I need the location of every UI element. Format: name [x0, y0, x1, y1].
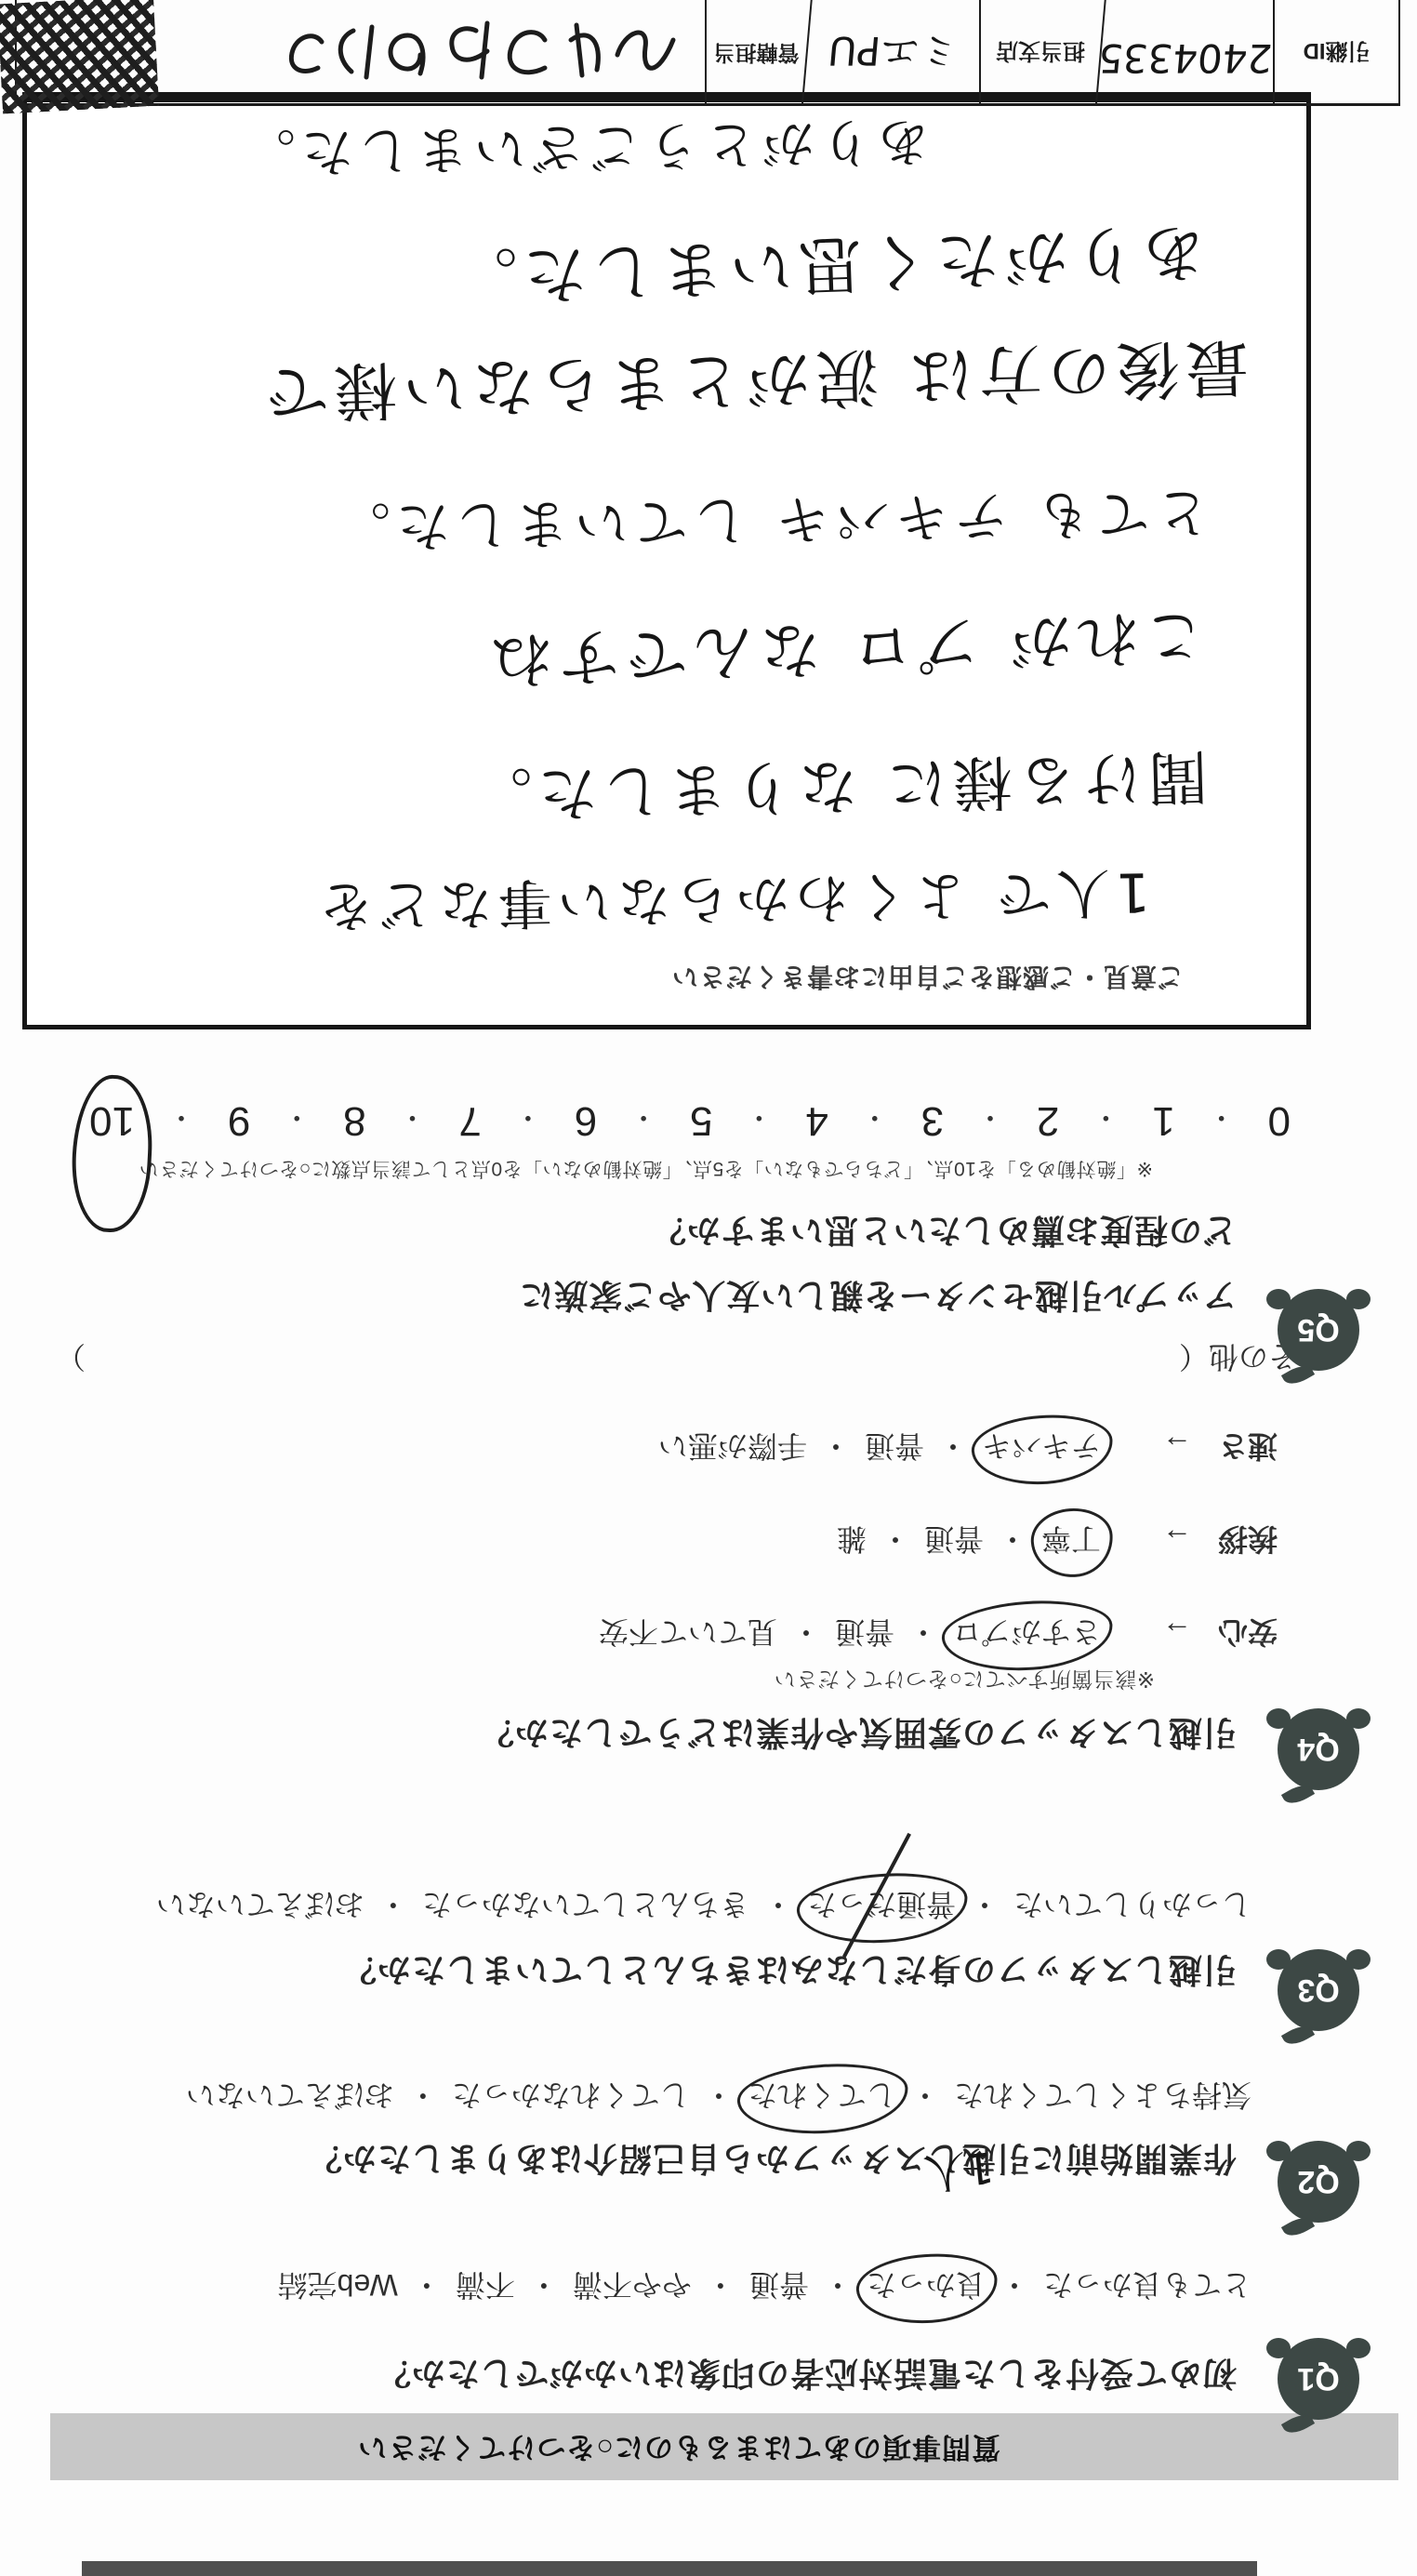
scale-number: 0: [1268, 1097, 1291, 1144]
scale-dot: ・: [167, 1099, 195, 1140]
q5-badge-label: Q5: [1297, 1312, 1339, 1348]
option: 不満: [456, 2265, 515, 2308]
option-separator: ・: [908, 1615, 938, 1649]
scale-dot: ・: [629, 1099, 657, 1140]
table-cell-handover-id-label: 引継ID: [1273, 0, 1400, 103]
option-circled: さすがプロ: [952, 1613, 1101, 1655]
option: 普通: [865, 1427, 924, 1469]
handwriting-line: ありがたく思いました。: [448, 211, 1208, 327]
q2-handwritten-annotation: 1人: [920, 2139, 997, 2208]
option: 雑: [837, 1520, 867, 1562]
option-separator: ・: [529, 2268, 559, 2302]
comment-box: ご意見・ご感想をご自由にお書きください 1人で よくわからない事などを 聞ける様…: [22, 92, 1311, 1029]
q5-question-line1: アップル引越センターを親しい友人やご家族に: [519, 1274, 1237, 1321]
q4-badge: Q4: [1278, 1708, 1359, 1790]
option: しっかりしていた: [1013, 1885, 1251, 1928]
handwriting-line: 1人で よくわからない事などを: [313, 857, 1151, 950]
scale-number: 8: [343, 1097, 365, 1144]
q4-question: 引越しスタッフの雰囲気や作業はどうでしたか？: [480, 1711, 1237, 1759]
q5-badge: Q5: [1278, 1289, 1359, 1371]
handwriting-line: 最後の方は 涙がとまらない様で: [258, 326, 1250, 443]
q3-badge: Q3: [1278, 1949, 1359, 2031]
q4-badge-label: Q4: [1297, 1732, 1339, 1768]
option-separator: ・: [763, 1888, 793, 1921]
handwriting-line: ありがとうございました。: [237, 108, 930, 194]
table-cell-branch-label: 担当支店: [979, 0, 1100, 103]
scale-dot: ・: [1208, 1099, 1236, 1140]
q3-question: 引越しスタッフの身だしなみはきちんとしていましたか？: [342, 1948, 1237, 1996]
option: 普通: [924, 1520, 984, 1562]
scale-number: 4: [805, 1097, 828, 1144]
row-arrow: →: [1162, 1429, 1192, 1463]
option: おぼえていない: [156, 1885, 364, 1928]
q4-other-close: ）: [56, 1337, 86, 1380]
pen-slash-mark: [842, 1833, 911, 1958]
option-separator: ・: [881, 1522, 910, 1556]
badge-leaf-icon: [1281, 1780, 1315, 1809]
row-label: 速さ: [1218, 1429, 1278, 1463]
option-separator: ・: [823, 2268, 853, 2302]
option: 見ていて不安: [599, 1613, 777, 1655]
q4-row-hayasa: 速さ→テキパキ・普通・手際が悪い: [658, 1427, 1278, 1469]
option: おぼえていない: [186, 2076, 394, 2118]
scale-number: 3: [921, 1097, 944, 1144]
scale-dot: ・: [514, 1099, 542, 1140]
row-arrow: →: [1162, 1522, 1192, 1556]
handwritten-name-strokes: [249, 7, 686, 96]
option: とても良かった: [1043, 2265, 1251, 2308]
handwriting-line: 聞ける様に なりました。: [467, 738, 1209, 843]
row-label: 安心: [1218, 1615, 1278, 1649]
q5-note: ※「絶対勧める」を10点、「どちらでもない」を5点、「絶対勧めない」を0点として…: [139, 1156, 1153, 1184]
q2-options: 気持ちよくしてくれた・してくれた・してくれなかった・おぼえていない: [186, 2076, 1251, 2118]
scale-number: 9: [228, 1097, 250, 1144]
option: 普通: [749, 2265, 809, 2308]
option-separator: ・: [706, 2268, 735, 2302]
option-separator: ・: [1000, 2268, 1029, 2302]
q3-options: しっかりしていた・普通だった・きちんとしていなかった・おぼえていない: [156, 1885, 1251, 1928]
handwritten-branch-value: ミエPU: [801, 0, 984, 103]
option-separator: ・: [821, 1429, 851, 1463]
badge-ear-icon: [1266, 1949, 1291, 1970]
option-circled: 普通だった: [807, 1885, 956, 1928]
option-separator: ・: [970, 1888, 1000, 1921]
q4-note: ※該当箇所すべてに○をつけてください: [774, 1666, 1155, 1696]
option: してくれなかった: [452, 2076, 690, 2118]
scan-edge-strip: [82, 2561, 1257, 2576]
badge-ear-icon: [1266, 2338, 1291, 2358]
option-separator: ・: [791, 1615, 821, 1649]
option: Web完結: [278, 2265, 398, 2308]
q1-badge-label: Q1: [1297, 2361, 1339, 2397]
badge-ear-icon: [1346, 1949, 1371, 1970]
q2-question: 作業開始前に引越しスタッフから自己紹介はありましたか？: [308, 2137, 1237, 2184]
option: 普通: [835, 1613, 894, 1655]
scale-dot: ・: [1092, 1099, 1119, 1140]
q5-question-line2: どの程度お薦めしたいと思いますか？: [652, 1209, 1237, 1256]
ink-scribble-blackout: [0, 0, 159, 113]
scale-number: 7: [458, 1097, 481, 1144]
badge-ear-icon: [1266, 2141, 1291, 2161]
badge-ear-icon: [1266, 1289, 1291, 1309]
q1-question: 初めて受付をした電話対応者の印象はいかがでしたか？: [377, 2352, 1237, 2399]
scale-number: 2: [1037, 1097, 1059, 1144]
option-separator: ・: [910, 2078, 940, 2112]
badge-ear-icon: [1346, 1708, 1371, 1729]
handwriting-line: これが プロ なんですね: [485, 597, 1208, 710]
option-separator: ・: [378, 1888, 408, 1921]
badge-ear-icon: [1346, 1289, 1371, 1309]
badge-ear-icon: [1346, 2141, 1371, 2161]
badge-leaf-icon: [1281, 2212, 1315, 2241]
option: やや不満: [573, 2265, 692, 2308]
q4-row-aisatsu: 挨拶→丁寧・普通・雑: [837, 1520, 1278, 1562]
instructions-bar: 質問事項のあてはまるものに○をつけてください: [50, 2413, 1398, 2480]
q2-badge-label: Q2: [1297, 2164, 1339, 2200]
q3-badge-label: Q3: [1297, 1972, 1339, 2009]
handwriting-line: とても テキパキ していました。: [330, 478, 1210, 571]
q4-other-row: その他（ ）: [56, 1337, 1298, 1380]
nps-scale: 0・1・2・3・4・5・6・7・8・9・10: [89, 1097, 1291, 1144]
scale-number-circled: 10: [89, 1097, 135, 1144]
badge-ear-icon: [1266, 1708, 1291, 1729]
q4-row-anshin: 安心→さすがプロ・普通・見ていて不安: [599, 1613, 1278, 1655]
footer-table: 引継ID 2404335 担当支店 ミエPU 管轄担当: [15, 0, 1400, 106]
comment-label: ご意見・ご感想をご自由にお書きください: [671, 960, 1184, 997]
scale-dot: ・: [976, 1099, 1004, 1140]
option-separator: ・: [704, 2078, 734, 2112]
badge-ear-icon: [1346, 2338, 1371, 2358]
option-circled: してくれた: [748, 2076, 896, 2118]
option-circled: 良かった: [867, 2265, 986, 2308]
scanned-survey-sheet: 質問事項のあてはまるものに○をつけてください Q1 初めて受付をした電話対応者の…: [0, 0, 1417, 2576]
scale-dot: ・: [861, 1099, 889, 1140]
instructions-text: 質問事項のあてはまるものに○をつけてください: [50, 2413, 1398, 2480]
scale-dot: ・: [283, 1099, 311, 1140]
row-label: 挨拶: [1218, 1522, 1278, 1556]
option-separator: ・: [412, 2268, 442, 2302]
option: 気持ちよくしてくれた: [954, 2076, 1251, 2118]
scale-number: 5: [690, 1097, 712, 1144]
row-arrow: →: [1162, 1615, 1192, 1649]
option-circled: テキパキ: [982, 1427, 1101, 1469]
option-circled: 丁寧: [1041, 1520, 1101, 1562]
handwritten-id-value: 2404335: [1095, 0, 1278, 103]
q1-badge: Q1: [1278, 2338, 1359, 2420]
scale-number: 1: [1152, 1097, 1174, 1144]
table-cell-manager-label: 管轄担当: [705, 0, 806, 103]
option: きちんとしていなかった: [422, 1885, 749, 1928]
option: 手際が悪い: [658, 1427, 807, 1469]
badge-leaf-icon: [1281, 2021, 1315, 2050]
q1-options: とても良かった・良かった・普通・やや不満・不満・Web完結: [278, 2265, 1251, 2308]
scale-number: 6: [575, 1097, 597, 1144]
option-separator: ・: [998, 1522, 1027, 1556]
option-separator: ・: [408, 2078, 438, 2112]
scale-dot: ・: [399, 1099, 427, 1140]
scale-dot: ・: [745, 1099, 773, 1140]
q2-badge: Q2: [1278, 2141, 1359, 2223]
option-separator: ・: [938, 1429, 968, 1463]
